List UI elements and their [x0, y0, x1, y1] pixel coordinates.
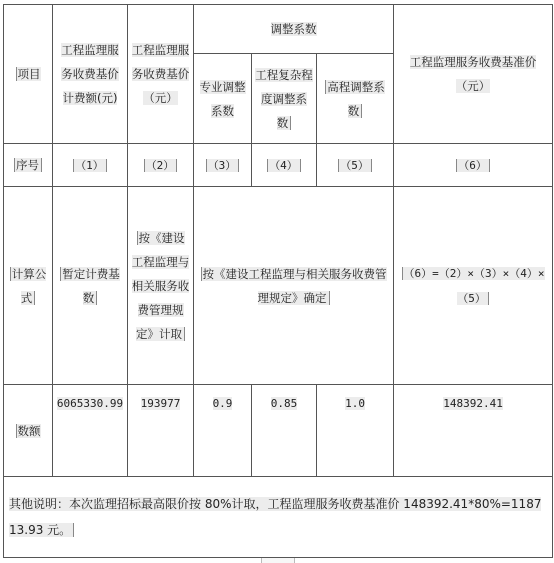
- header-complexity-adj: 工程复杂程度调整系数: [252, 54, 317, 144]
- formula-cell-2: 按《建设工程监理与相关服务收费管理规定》计取: [128, 187, 194, 385]
- header-complexity-adj-label: 工程复杂程度调整系数: [255, 68, 313, 130]
- formula-label-cell: 计算公式: [4, 187, 53, 385]
- note-cell: 其他说明：本次监理招标最高限价按 80%计取，工程监理服务收费基准价 14839…: [4, 477, 553, 558]
- header-service-base-price-label: 工程监理服务收费基价（元）: [132, 43, 190, 105]
- header-item: 项目: [4, 5, 53, 144]
- fee-calculation-table: 项目 工程监理服务收费基价计费额(元) 工程监理服务收费基价（元） 调整系数 工…: [3, 4, 553, 558]
- value-text: 0.85: [271, 397, 298, 410]
- value-text: 1.0: [345, 397, 365, 410]
- header-elevation-adj-label: 高程调整系数: [325, 80, 385, 118]
- value-cell: 0.9: [194, 385, 252, 477]
- formula-cell-1: 暂定计费基数: [53, 187, 128, 385]
- table-row-sequence: 序号 （1） （2） （3） （4） （5） （6）: [4, 144, 553, 187]
- header-adjustment-group-label: 调整系数: [271, 22, 317, 36]
- value-cell: 148392.41: [394, 385, 553, 477]
- seq-value: （2）: [144, 159, 178, 172]
- seq-value: （4）: [267, 159, 301, 172]
- header-item-label: 项目: [16, 67, 41, 81]
- formula-text: 按《建设工程监理与相关服务收费管理规定》计取: [132, 231, 190, 341]
- seq-value: （6）: [456, 159, 490, 172]
- value-text: 148392.41: [443, 397, 503, 410]
- table-row-values: 数额 6065330.99 193977 0.9 0.85 1.0 148392…: [4, 385, 553, 477]
- seq-cell: （1）: [53, 144, 128, 187]
- value-text: 0.9: [213, 397, 233, 410]
- seq-cell: （2）: [128, 144, 194, 187]
- seq-value: （1）: [73, 159, 107, 172]
- seq-cell: （3）: [194, 144, 252, 187]
- header-professional-adj-label: 专业调整系数: [200, 80, 246, 118]
- header-base-price-fee-label: 工程监理服务收费基价计费额(元): [61, 43, 119, 105]
- page-tab-handle: [261, 558, 295, 563]
- seq-cell: （5）: [317, 144, 394, 187]
- value-cell: 0.85: [252, 385, 317, 477]
- formula-label: 计算公式: [10, 267, 47, 305]
- formula-cell-6: （6）=（2）×（3）×（4）×（5）: [394, 187, 553, 385]
- value-cell: 1.0: [317, 385, 394, 477]
- header-benchmark-price-label: 工程监理服务收费基准价（元）: [410, 55, 537, 93]
- note-text: 其他说明：本次监理招标最高限价按 80%计取，工程监理服务收费基准价 14839…: [9, 497, 541, 537]
- value-cell: 193977: [128, 385, 194, 477]
- seq-cell: （4）: [252, 144, 317, 187]
- formula-text: 暂定计费基数: [60, 267, 120, 305]
- table-row-formula: 计算公式 暂定计费基数 按《建设工程监理与相关服务收费管理规定》计取 按《建设工…: [4, 187, 553, 385]
- header-professional-adj: 专业调整系数: [194, 54, 252, 144]
- header-adjustment-group: 调整系数: [194, 5, 394, 54]
- value-label: 数额: [16, 424, 41, 438]
- seq-cell: （6）: [394, 144, 553, 187]
- formula-cell-3-5: 按《建设工程监理与相关服务收费管理规定》确定: [194, 187, 394, 385]
- value-text: 193977: [141, 397, 181, 410]
- value-label-cell: 数额: [4, 385, 53, 477]
- value-text: 6065330.99: [57, 397, 123, 410]
- header-elevation-adj: 高程调整系数: [317, 54, 394, 144]
- formula-text: 按《建设工程监理与相关服务收费管理规定》确定: [201, 267, 387, 305]
- header-base-price-fee: 工程监理服务收费基价计费额(元): [53, 5, 128, 144]
- formula-text: （6）=（2）×（3）×（4）×（5）: [402, 267, 545, 305]
- table-row-note: 其他说明：本次监理招标最高限价按 80%计取，工程监理服务收费基准价 14839…: [4, 477, 553, 558]
- seq-value: （3）: [206, 159, 240, 172]
- seq-label-cell: 序号: [4, 144, 53, 187]
- value-cell: 6065330.99: [53, 385, 128, 477]
- header-service-base-price: 工程监理服务收费基价（元）: [128, 5, 194, 144]
- seq-value: （5）: [338, 159, 372, 172]
- seq-label: 序号: [14, 158, 42, 172]
- header-benchmark-price: 工程监理服务收费基准价（元）: [394, 5, 553, 144]
